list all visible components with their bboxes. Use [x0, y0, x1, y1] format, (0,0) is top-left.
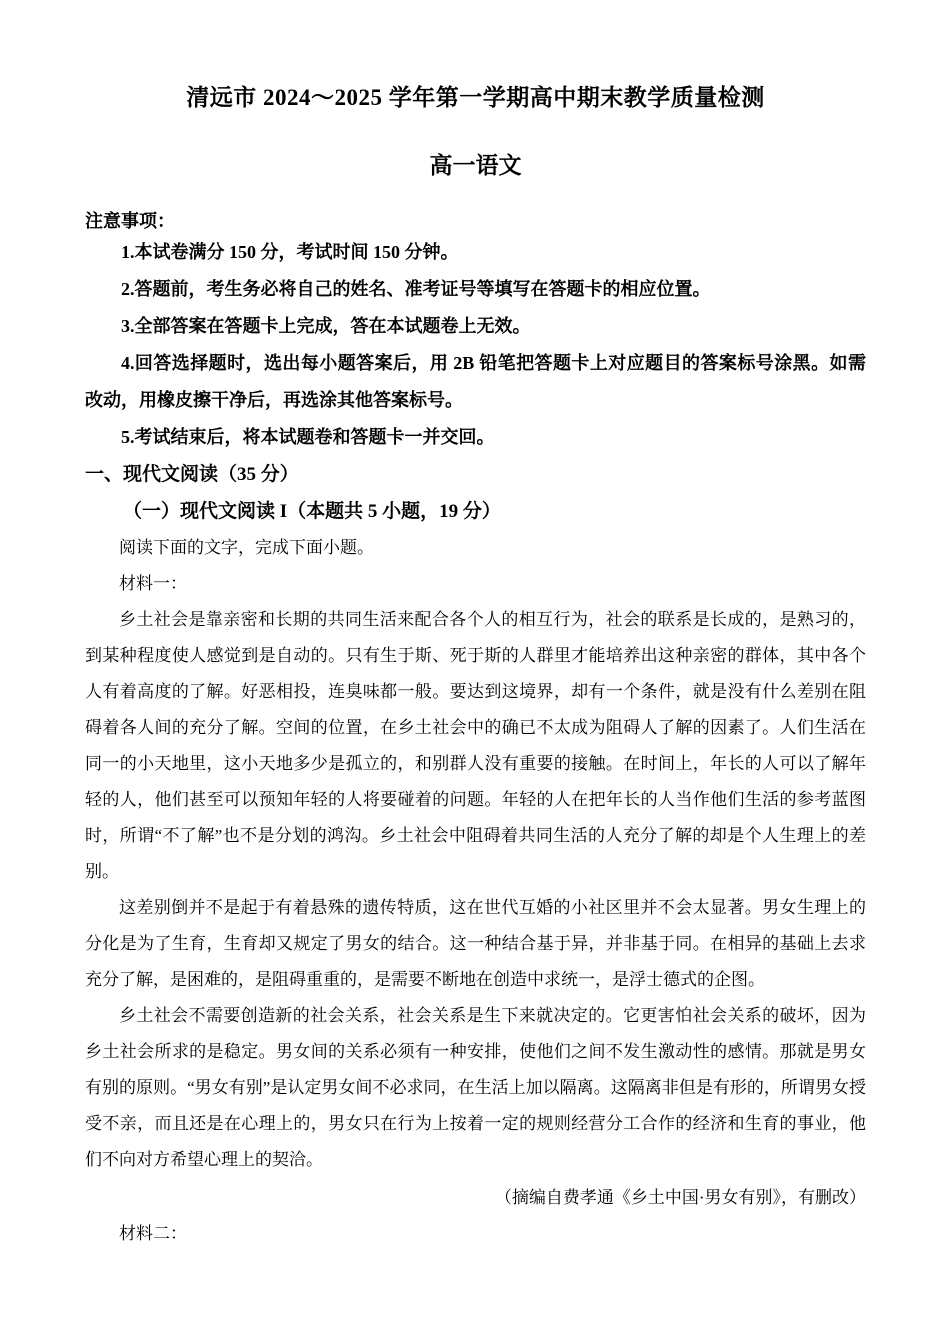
material-one-paragraph-3: 乡土社会不需要创造新的社会关系，社会关系是生下来就决定的。它更害怕社会关系的破坏… — [85, 998, 866, 1178]
exam-paper-page: 清远市 2024～2025 学年第一学期高中期末教学质量检测 高一语文 注意事项… — [0, 0, 950, 1344]
material-two-label: 材料二： — [85, 1216, 866, 1252]
notice-item-3: 3.全部答案在答题卡上完成，答在本试题卷上无效。 — [85, 308, 866, 345]
material-one-paragraph-2: 这差别倒并不是起于有着悬殊的遗传特质，这在世代互婚的小社区里并不会太显著。男女生… — [85, 890, 866, 998]
paper-title: 清远市 2024～2025 学年第一学期高中期末教学质量检测 — [85, 82, 866, 114]
notice-section: 注意事项： 1.本试卷满分 150 分，考试时间 150 分钟。 2.答题前，考… — [85, 208, 866, 456]
notice-item-1: 1.本试卷满分 150 分，考试时间 150 分钟。 — [85, 234, 866, 271]
material-one-label: 材料一： — [85, 566, 866, 602]
subsection-heading: （一）现代文阅读 I（本题共 5 小题，19 分） — [85, 493, 866, 530]
notice-heading: 注意事项： — [85, 208, 866, 234]
source-attribution: （摘编自费孝通《乡土中国·男女有别》，有删改） — [85, 1180, 866, 1216]
paper-subtitle: 高一语文 — [85, 150, 866, 182]
section-heading: 一、现代文阅读（35 分） — [85, 456, 866, 493]
notice-item-2: 2.答题前，考生务必将自己的姓名、准考证号等填写在答题卡的相应位置。 — [85, 271, 866, 308]
reading-instruction: 阅读下面的文字，完成下面小题。 — [85, 530, 866, 566]
reading-section: 一、现代文阅读（35 分） （一）现代文阅读 I（本题共 5 小题，19 分） … — [85, 456, 866, 1252]
notice-item-5: 5.考试结束后，将本试题卷和答题卡一并交回。 — [85, 419, 866, 456]
notice-item-4: 4.回答选择题时，选出每小题答案后，用 2B 铅笔把答题卡上对应题目的答案标号涂… — [85, 345, 866, 419]
material-one-paragraph-1: 乡土社会是靠亲密和长期的共同生活来配合各个人的相互行为，社会的联系是长成的，是熟… — [85, 602, 866, 890]
